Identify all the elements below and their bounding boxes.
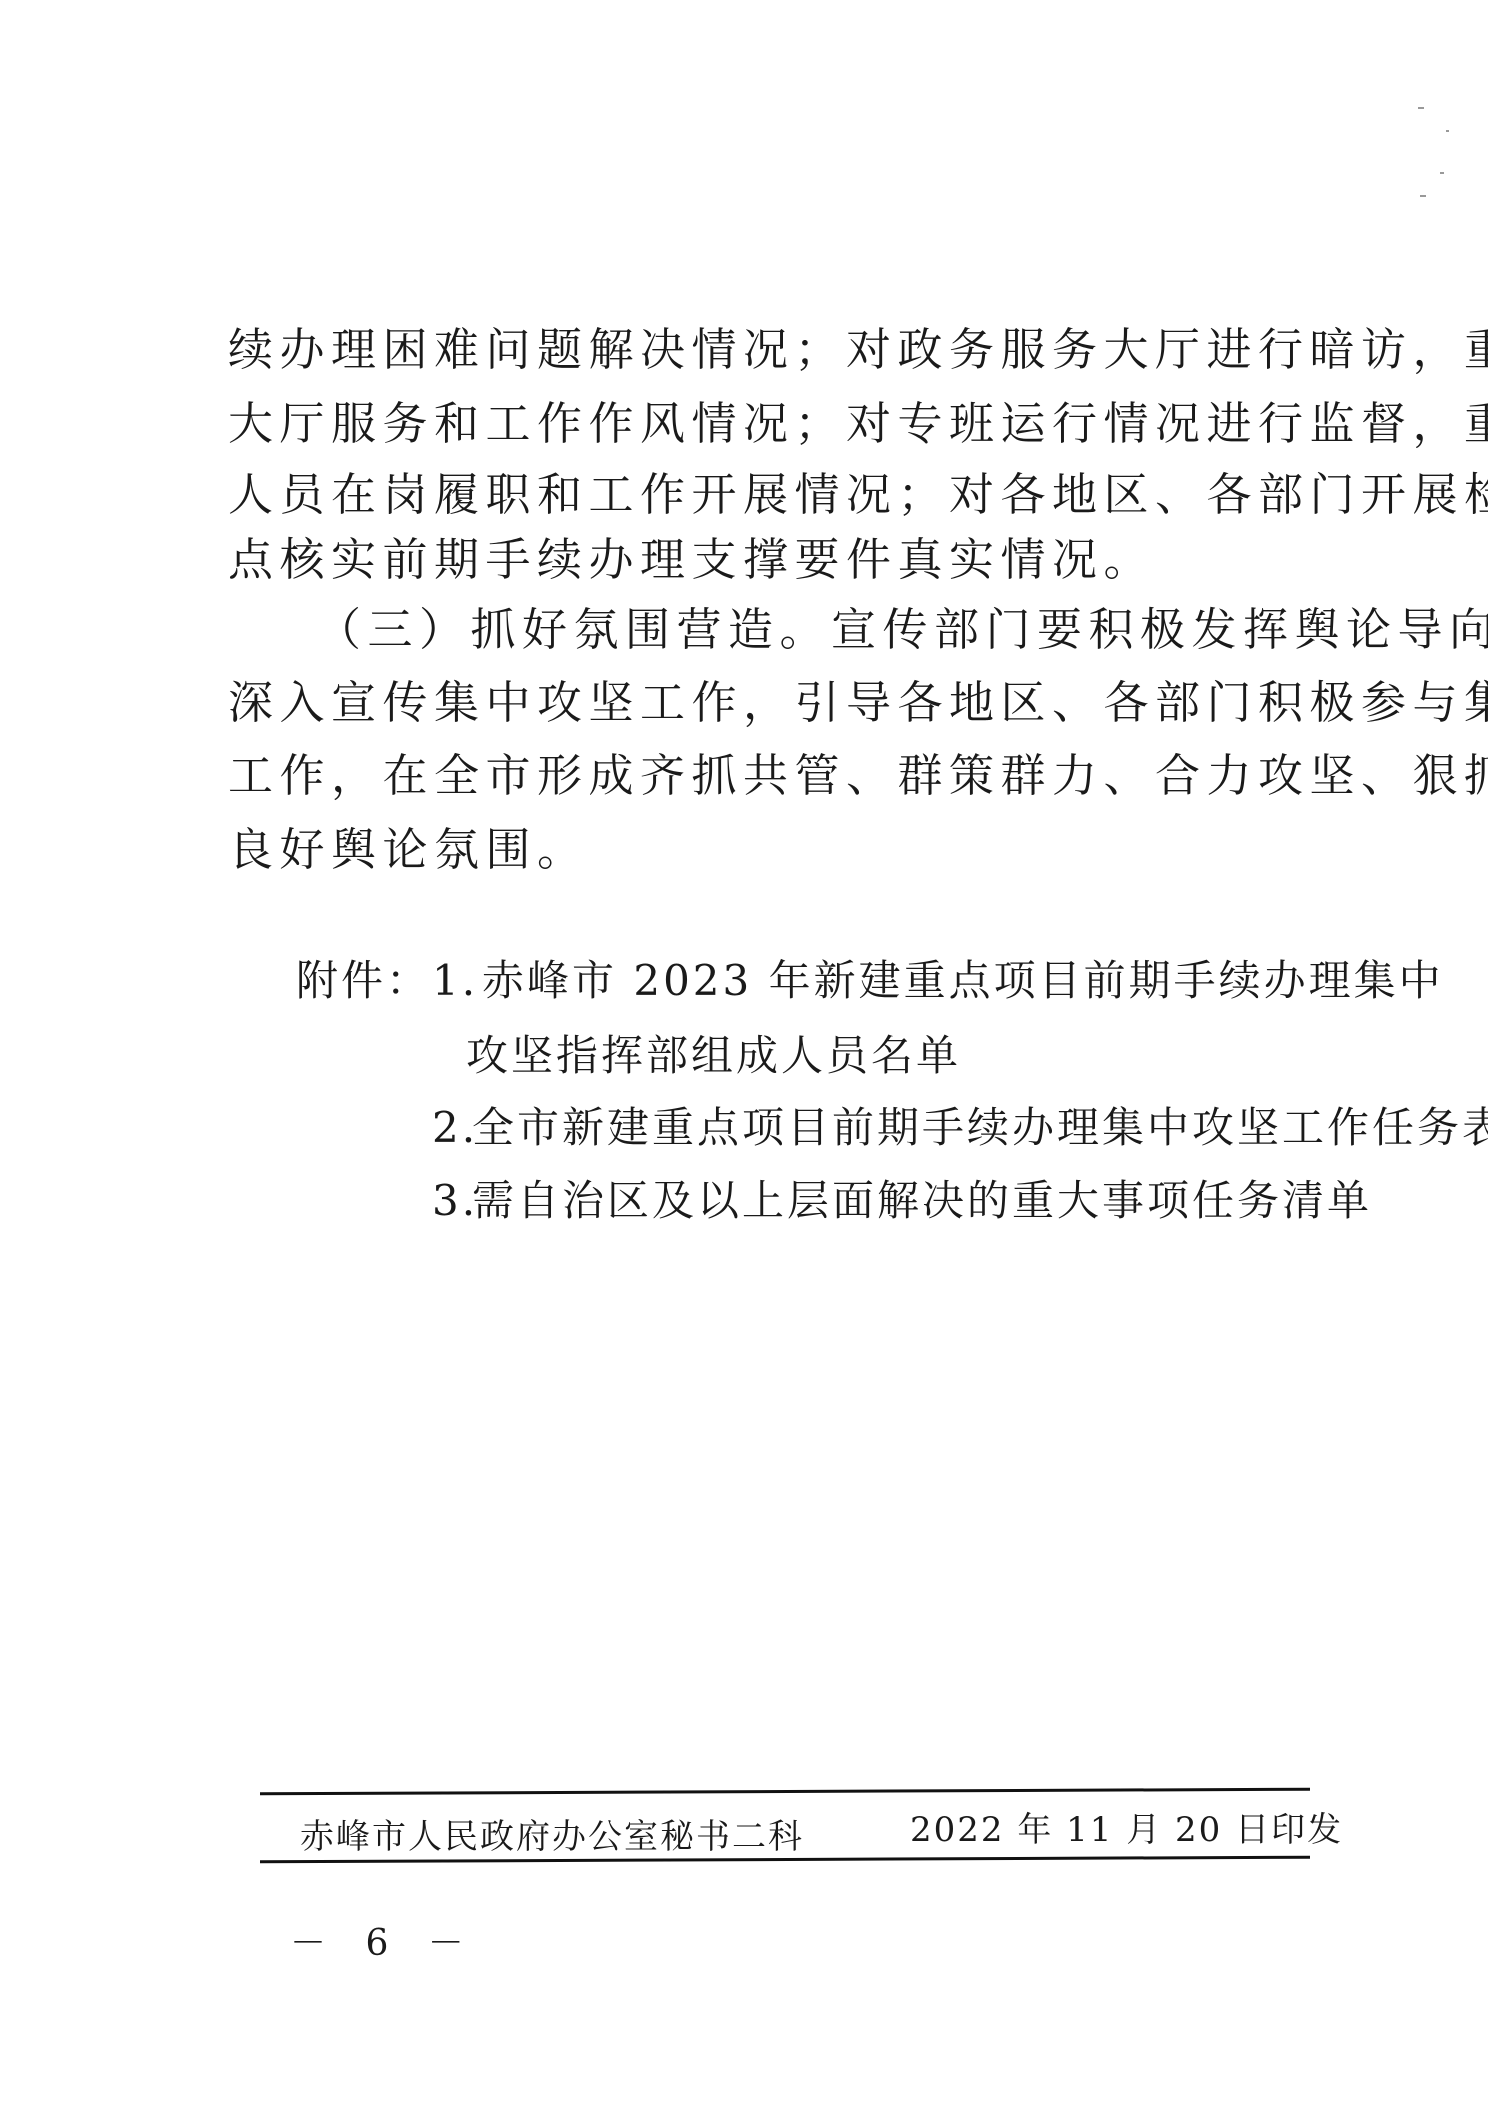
section-heading-3: （三）抓好氛围营造。宣传部门要积极发挥舆论导向作用， [316,602,1376,658]
body-line-4: 点核实前期手续办理支撑要件真实情况。 [228,532,1288,588]
attachment-1-title: 赤峰市 2023 年新建重点项目前期手续办理集中 [482,955,1444,1007]
body-line-8: 良好舆论氛围。 [228,822,1288,878]
scan-noise [1446,130,1449,132]
footer-print-date: 2022 年 11 月 20 日印发 [910,1808,1343,1852]
scan-noise [1418,107,1424,109]
attachments-label: 附件： [296,955,431,1007]
attachment-3-title: 需自治区及以上层面解决的重大事项任务清单 [472,1175,1372,1227]
footer-top-rule [260,1788,1310,1796]
body-line-2: 大厅服务和工作作风情况；对专班运行情况进行监督，重点检查 [228,396,1288,452]
body-line-6: 深入宣传集中攻坚工作，引导各地区、各部门积极参与集中攻坚 [228,675,1288,731]
body-line-1: 续办理困难问题解决情况；对政务服务大厅进行暗访，重点检查 [228,322,1288,378]
body-line-3: 人员在岗履职和工作开展情况；对各地区、各部门开展检查，重 [228,467,1288,523]
page-number: － 6 － [290,1915,478,1966]
body-line-7: 工作，在全市形成齐抓共管、群策群力、合力攻坚、狠抓落实的 [228,748,1288,804]
scan-noise [1440,172,1444,174]
attachment-1-number: 1. [432,955,478,1007]
attachment-2-title: 全市新建重点项目前期手续办理集中攻坚工作任务表 [472,1102,1488,1154]
scan-noise [1420,195,1426,197]
attachment-1-title-cont: 攻坚指挥部组成人员名单 [466,1030,961,1082]
footer-issuer: 赤峰市人民政府办公室秘书二科 [300,1815,804,1859]
